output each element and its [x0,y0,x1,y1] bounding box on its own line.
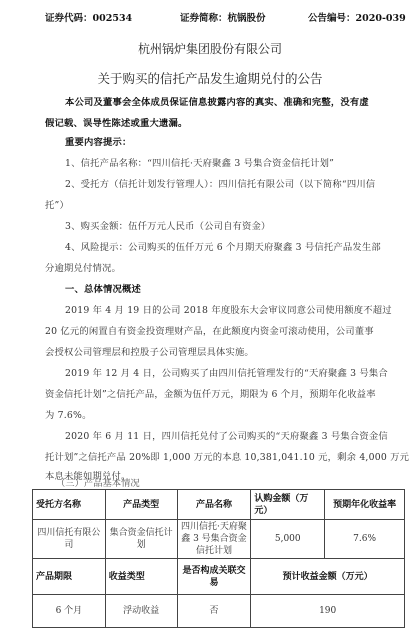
td-expected-yield: 7.6% [325,520,405,559]
section-1-para-3-line-1: 2020 年 6 月 11 日，四川信托兑付了公司购买的“天府聚鑫 3 号集合资… [65,428,388,442]
statement-line-1: 本公司及董事会全体成员保证信息披露内容的真实、准确和完整，没有虚 [65,94,369,108]
document-title: 关于购买的信托产品发生逾期兑付的公告 [0,69,420,87]
th-income-type: 收益类型 [105,559,177,595]
company-name: 杭州锅炉集团股份有限公司 [0,40,420,57]
key-point-1: 1、信托产品名称：“四川信托·天府聚鑫 3 号集合资金信托计划” [65,155,334,169]
security-short-name: 证券简称：杭锅股份 [180,10,266,24]
section-3-heading: （三）产品基本情况 [56,475,140,489]
th-expected-yield: 预期年化收益率 [325,490,405,520]
table-row: 6 个月 浮动收益 否 190 [33,595,405,628]
th-related-transaction: 是否构成关联交易 [177,559,251,595]
td-product-term: 6 个月 [33,595,106,628]
key-point-4-line-1: 4、风险提示：公司购买的伍仟万元 6 个月期天府聚鑫 3 号信托产品发生部 [65,239,381,253]
td-income-type: 浮动收益 [105,595,177,628]
statement-line-2: 假记载、误导性陈述或重大遗漏。 [45,115,187,129]
td-product-type: 集合资金信托计划 [105,520,177,559]
th-product-type: 产品类型 [105,490,177,520]
section-1-para-1-line-1: 2019 年 4 月 19 日的公司 2018 年度股东大会审议同意公司使用额度… [65,302,392,316]
table-header-row-2: 产品期限 收益类型 是否构成关联交易 预计收益金额（万元） [33,559,405,595]
section-1-para-1-line-3: 会授权公司管理层和控股子公司管理层具体实施。 [45,344,254,358]
notice-number: 公告编号：2020-039 [308,10,406,24]
td-trustee-name: 四川信托有限公司 [33,520,106,559]
td-product-name: 四川信托·天府聚鑫 3 号集合资金信托计划 [177,520,251,559]
section-1-para-2-line-2: 资金信托计划”之信托产品，金额为伍仟万元，期限为 6 个月，预期年化收益率 [45,386,376,400]
th-expected-income: 预计收益金额（万元） [251,559,405,595]
th-product-term: 产品期限 [33,559,106,595]
key-point-2-line-1: 2、受托方（信托计划发行管理人）：四川信托有限公司（以下简称“四川信 [65,176,375,190]
section-1-para-2-line-3: 为 7.6%。 [45,407,92,421]
td-related-transaction: 否 [177,595,251,628]
key-point-2-line-2: 托”） [45,197,69,211]
security-code: 证券代码：002534 [45,10,132,24]
th-subscription-amount: 认购金额（万元） [251,490,325,520]
td-subscription-amount: 5,000 [251,520,325,559]
section-1-para-3-line-2: 托计划”之信托产品 20%即 1,000 万元的本息 10,381,041.10… [45,449,409,463]
section-1-para-1-line-2: 20 亿元的闲置自有资金投资理财产品，在此额度内资金可滚动使用，公司董事 [45,323,374,337]
key-point-3: 3、购买金额：伍仟万元人民币（公司自有资金） [65,218,271,232]
table-row: 四川信托有限公司 集合资金信托计划 四川信托·天府聚鑫 3 号集合资金信托计划 … [33,520,405,559]
section-1-para-2-line-1: 2019 年 12 月 4 日，公司购买了由四川信托管理发行的“天府聚鑫 3 号… [65,365,388,379]
table-header-row-1: 受托方名称 产品类型 产品名称 认购金额（万元） 预期年化收益率 [33,490,405,520]
th-trustee-name: 受托方名称 [33,490,106,520]
td-expected-income: 190 [251,595,405,628]
key-points-heading: 重要内容提示： [65,134,131,148]
section-1-heading: 一、总体情况概述 [65,281,141,295]
product-info-table: 受托方名称 产品类型 产品名称 认购金额（万元） 预期年化收益率 四川信托有限公… [32,489,405,628]
th-product-name: 产品名称 [177,490,251,520]
key-point-4-line-2: 分逾期兑付情况。 [45,260,121,274]
